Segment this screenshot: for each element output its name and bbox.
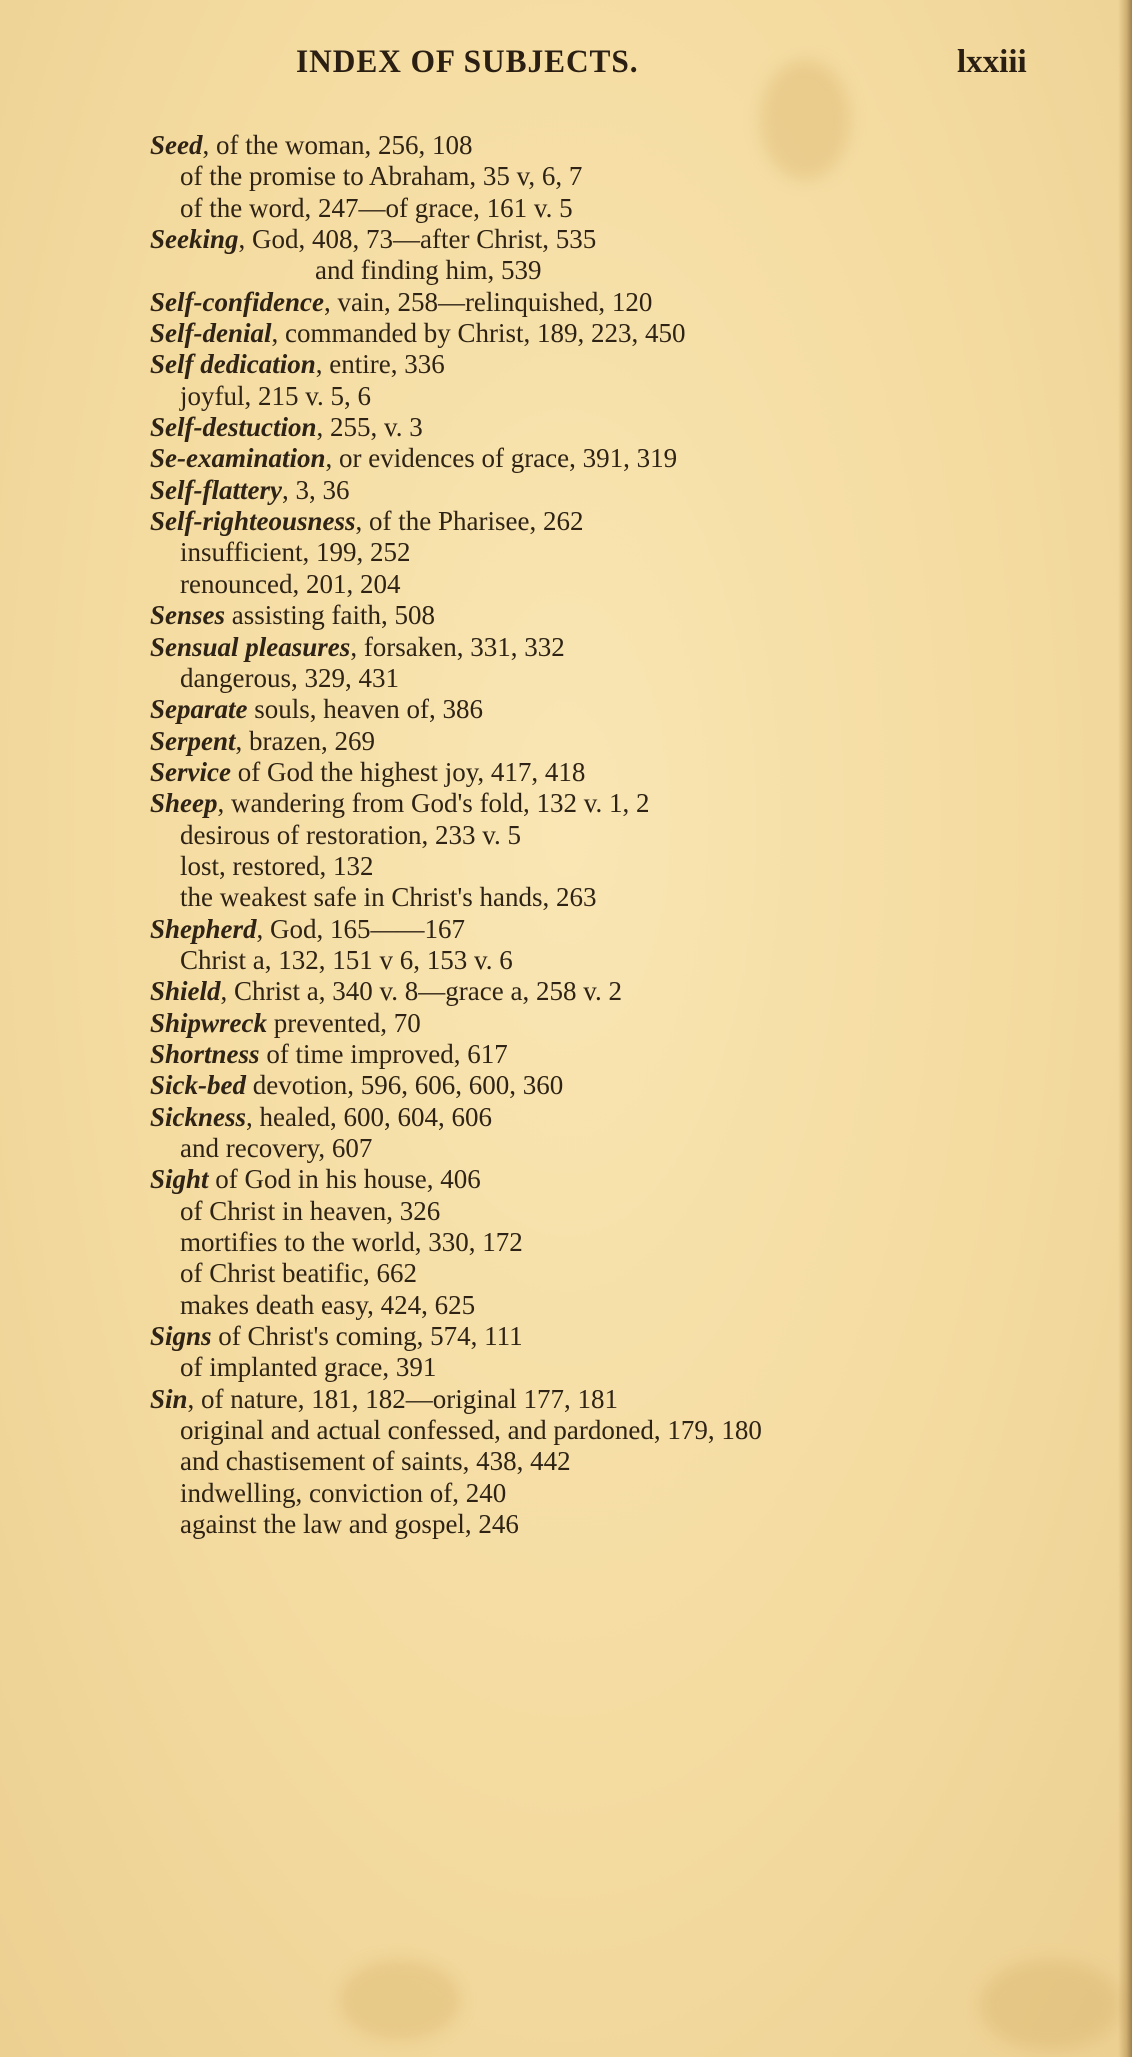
entry-references: and chastisement of saints, 438, 442: [180, 1446, 571, 1476]
page-header: INDEX OF SUBJECTS. lxxiii: [0, 40, 1132, 90]
entry-references: , of the Pharisee, 262: [356, 506, 584, 536]
entry-headword: Seed: [150, 130, 202, 160]
index-entries: Seed, of the woman, 256, 108of the promi…: [150, 130, 1120, 1540]
index-entry: Sin, of nature, 181, 182—original 177, 1…: [150, 1384, 1120, 1415]
entry-headword: Sheep: [150, 788, 218, 818]
entry-references: , wandering from God's fold, 132 v. 1, 2: [218, 788, 650, 818]
index-subentry: insufficient, 199, 252: [150, 537, 1120, 568]
entry-headword: Shipwreck: [150, 1008, 267, 1038]
entry-references: joyful, 215 v. 5, 6: [180, 381, 371, 411]
index-entry: Self dedication, entire, 336: [150, 349, 1120, 380]
entry-references: , forsaken, 331, 332: [350, 632, 564, 662]
index-subentry: lost, restored, 132: [150, 851, 1120, 882]
index-subentry: joyful, 215 v. 5, 6: [150, 381, 1120, 412]
entry-references: lost, restored, 132: [180, 851, 373, 881]
index-entry: Shortness of time improved, 617: [150, 1039, 1120, 1070]
index-entry: Service of God the highest joy, 417, 418: [150, 757, 1120, 788]
index-subentry: desirous of restoration, 233 v. 5: [150, 820, 1120, 851]
entry-headword: Sight: [150, 1164, 209, 1194]
entry-headword: Shortness: [150, 1039, 260, 1069]
entry-references: , 255, v. 3: [317, 412, 423, 442]
entry-headword: Seeking: [150, 224, 239, 254]
entry-references: of time improved, 617: [260, 1039, 508, 1069]
entry-references: , healed, 600, 604, 606: [246, 1102, 492, 1132]
index-entry: Senses assisting faith, 508: [150, 600, 1120, 631]
entry-references: of Christ in heaven, 326: [180, 1196, 440, 1226]
entry-references: , Christ a, 340 v. 8—grace a, 258 v. 2: [221, 976, 622, 1006]
running-title: INDEX OF SUBJECTS.: [296, 44, 639, 81]
entry-headword: Se-examination: [150, 443, 326, 473]
entry-references: souls, heaven of, 386: [248, 694, 483, 724]
paper-stain: [980, 1960, 1120, 2050]
entry-references: and recovery, 607: [180, 1133, 372, 1163]
index-subentry: indwelling, conviction of, 240: [150, 1478, 1120, 1509]
entry-headword: Sin: [150, 1384, 188, 1414]
entry-headword: Self-denial: [150, 318, 272, 348]
entry-headword: Self-confidence: [150, 287, 324, 317]
index-entry: Self-destuction, 255, v. 3: [150, 412, 1120, 443]
index-entry: Sheep, wandering from God's fold, 132 v.…: [150, 788, 1120, 819]
entry-references: of the word, 247—of grace, 161 v. 5: [180, 193, 573, 223]
entry-references: , commanded by Christ, 189, 223, 450: [272, 318, 686, 348]
index-subentry: of Christ beatific, 662: [150, 1258, 1120, 1289]
entry-references: original and actual confessed, and pardo…: [180, 1415, 762, 1445]
index-entry: Shepherd, God, 165——167: [150, 914, 1120, 945]
entry-references: of God in his house, 406: [209, 1164, 481, 1194]
index-subentry: makes death easy, 424, 625: [150, 1290, 1120, 1321]
entry-references: prevented, 70: [267, 1008, 421, 1038]
entry-references: , or evidences of grace, 391, 319: [326, 443, 678, 473]
index-subentry: of the word, 247—of grace, 161 v. 5: [150, 193, 1120, 224]
entry-references: of the promise to Abraham, 35 v, 6, 7: [180, 161, 582, 191]
entry-headword: Signs: [150, 1321, 212, 1351]
entry-references: , of the woman, 256, 108: [202, 130, 472, 160]
entry-references: makes death easy, 424, 625: [180, 1290, 475, 1320]
entry-references: renounced, 201, 204: [180, 569, 400, 599]
entry-references: dangerous, 329, 431: [180, 663, 399, 693]
entry-references: mortifies to the world, 330, 172: [180, 1227, 523, 1257]
entry-headword: Shield: [150, 976, 221, 1006]
entry-headword: Service: [150, 757, 231, 787]
index-entry: Self-righteousness, of the Pharisee, 262: [150, 506, 1120, 537]
entry-headword: Sick-bed: [150, 1070, 246, 1100]
paper-stain: [340, 1960, 460, 2040]
entry-headword: Serpent: [150, 726, 236, 756]
entry-references: of Christ's coming, 574, 111: [212, 1321, 523, 1351]
index-subentry: dangerous, 329, 431: [150, 663, 1120, 694]
entry-references: and finding him, 539: [315, 255, 541, 285]
index-entry: Sick-bed devotion, 596, 606, 600, 360: [150, 1070, 1120, 1101]
index-subentry: original and actual confessed, and pardo…: [150, 1415, 1120, 1446]
entry-headword: Sickness: [150, 1102, 246, 1132]
entry-references: Christ a, 132, 151 v 6, 153 v. 6: [180, 945, 513, 975]
entry-references: , God, 408, 73—after Christ, 535: [239, 224, 597, 254]
entry-references: , 3, 36: [282, 475, 350, 505]
entry-references: , of nature, 181, 182—original 177, 181: [188, 1384, 618, 1414]
index-subentry: mortifies to the world, 330, 172: [150, 1227, 1120, 1258]
entry-references: the weakest safe in Christ's hands, 263: [180, 882, 597, 912]
entry-headword: Self-destuction: [150, 412, 317, 442]
index-subentry: against the law and gospel, 246: [150, 1509, 1120, 1540]
entry-references: , God, 165——167: [257, 914, 466, 944]
index-entry: Serpent, brazen, 269: [150, 726, 1120, 757]
entry-references: insufficient, 199, 252: [180, 537, 410, 567]
entry-references: indwelling, conviction of, 240: [180, 1478, 506, 1508]
index-entry: Se-examination, or evidences of grace, 3…: [150, 443, 1120, 474]
entry-headword: Separate: [150, 694, 248, 724]
index-entry: Seed, of the woman, 256, 108: [150, 130, 1120, 161]
entry-references: against the law and gospel, 246: [180, 1509, 519, 1539]
index-entry: Shield, Christ a, 340 v. 8—grace a, 258 …: [150, 976, 1120, 1007]
index-subentry: and finding him, 539: [150, 255, 1120, 286]
index-entry: Seeking, God, 408, 73—after Christ, 535: [150, 224, 1120, 255]
entry-references: desirous of restoration, 233 v. 5: [180, 820, 521, 850]
page-number: lxxiii: [957, 44, 1027, 81]
index-subentry: of implanted grace, 391: [150, 1352, 1120, 1383]
index-subentry: Christ a, 132, 151 v 6, 153 v. 6: [150, 945, 1120, 976]
entry-references: devotion, 596, 606, 600, 360: [246, 1070, 563, 1100]
index-subentry: renounced, 201, 204: [150, 569, 1120, 600]
entry-headword: Self-flattery: [150, 475, 282, 505]
entry-references: of God the highest joy, 417, 418: [231, 757, 585, 787]
index-entry: Self-flattery, 3, 36: [150, 475, 1120, 506]
index-entry: Sickness, healed, 600, 604, 606: [150, 1102, 1120, 1133]
index-entry: Sight of God in his house, 406: [150, 1164, 1120, 1195]
entry-references: of implanted grace, 391: [180, 1352, 436, 1382]
index-entry: Sensual pleasures, forsaken, 331, 332: [150, 632, 1120, 663]
page-edge: [1118, 0, 1132, 2057]
index-entry: Signs of Christ's coming, 574, 111: [150, 1321, 1120, 1352]
index-entry: Self-denial, commanded by Christ, 189, 2…: [150, 318, 1120, 349]
index-entry: Self-confidence, vain, 258—relinquished,…: [150, 287, 1120, 318]
entry-headword: Senses: [150, 600, 225, 630]
entry-references: assisting faith, 508: [225, 600, 435, 630]
index-subentry: of the promise to Abraham, 35 v, 6, 7: [150, 161, 1120, 192]
entry-headword: Self-righteousness: [150, 506, 356, 536]
index-entry: Shipwreck prevented, 70: [150, 1008, 1120, 1039]
entry-references: , brazen, 269: [236, 726, 375, 756]
entry-headword: Shepherd: [150, 914, 257, 944]
index-subentry: and chastisement of saints, 438, 442: [150, 1446, 1120, 1477]
entry-references: of Christ beatific, 662: [180, 1258, 417, 1288]
entry-references: , entire, 336: [316, 349, 445, 379]
entry-headword: Sensual pleasures: [150, 632, 350, 662]
index-entry: Separate souls, heaven of, 386: [150, 694, 1120, 725]
index-subentry: and recovery, 607: [150, 1133, 1120, 1164]
entry-references: , vain, 258—relinquished, 120: [324, 287, 652, 317]
index-subentry: the weakest safe in Christ's hands, 263: [150, 882, 1120, 913]
index-subentry: of Christ in heaven, 326: [150, 1196, 1120, 1227]
entry-headword: Self dedication: [150, 349, 316, 379]
